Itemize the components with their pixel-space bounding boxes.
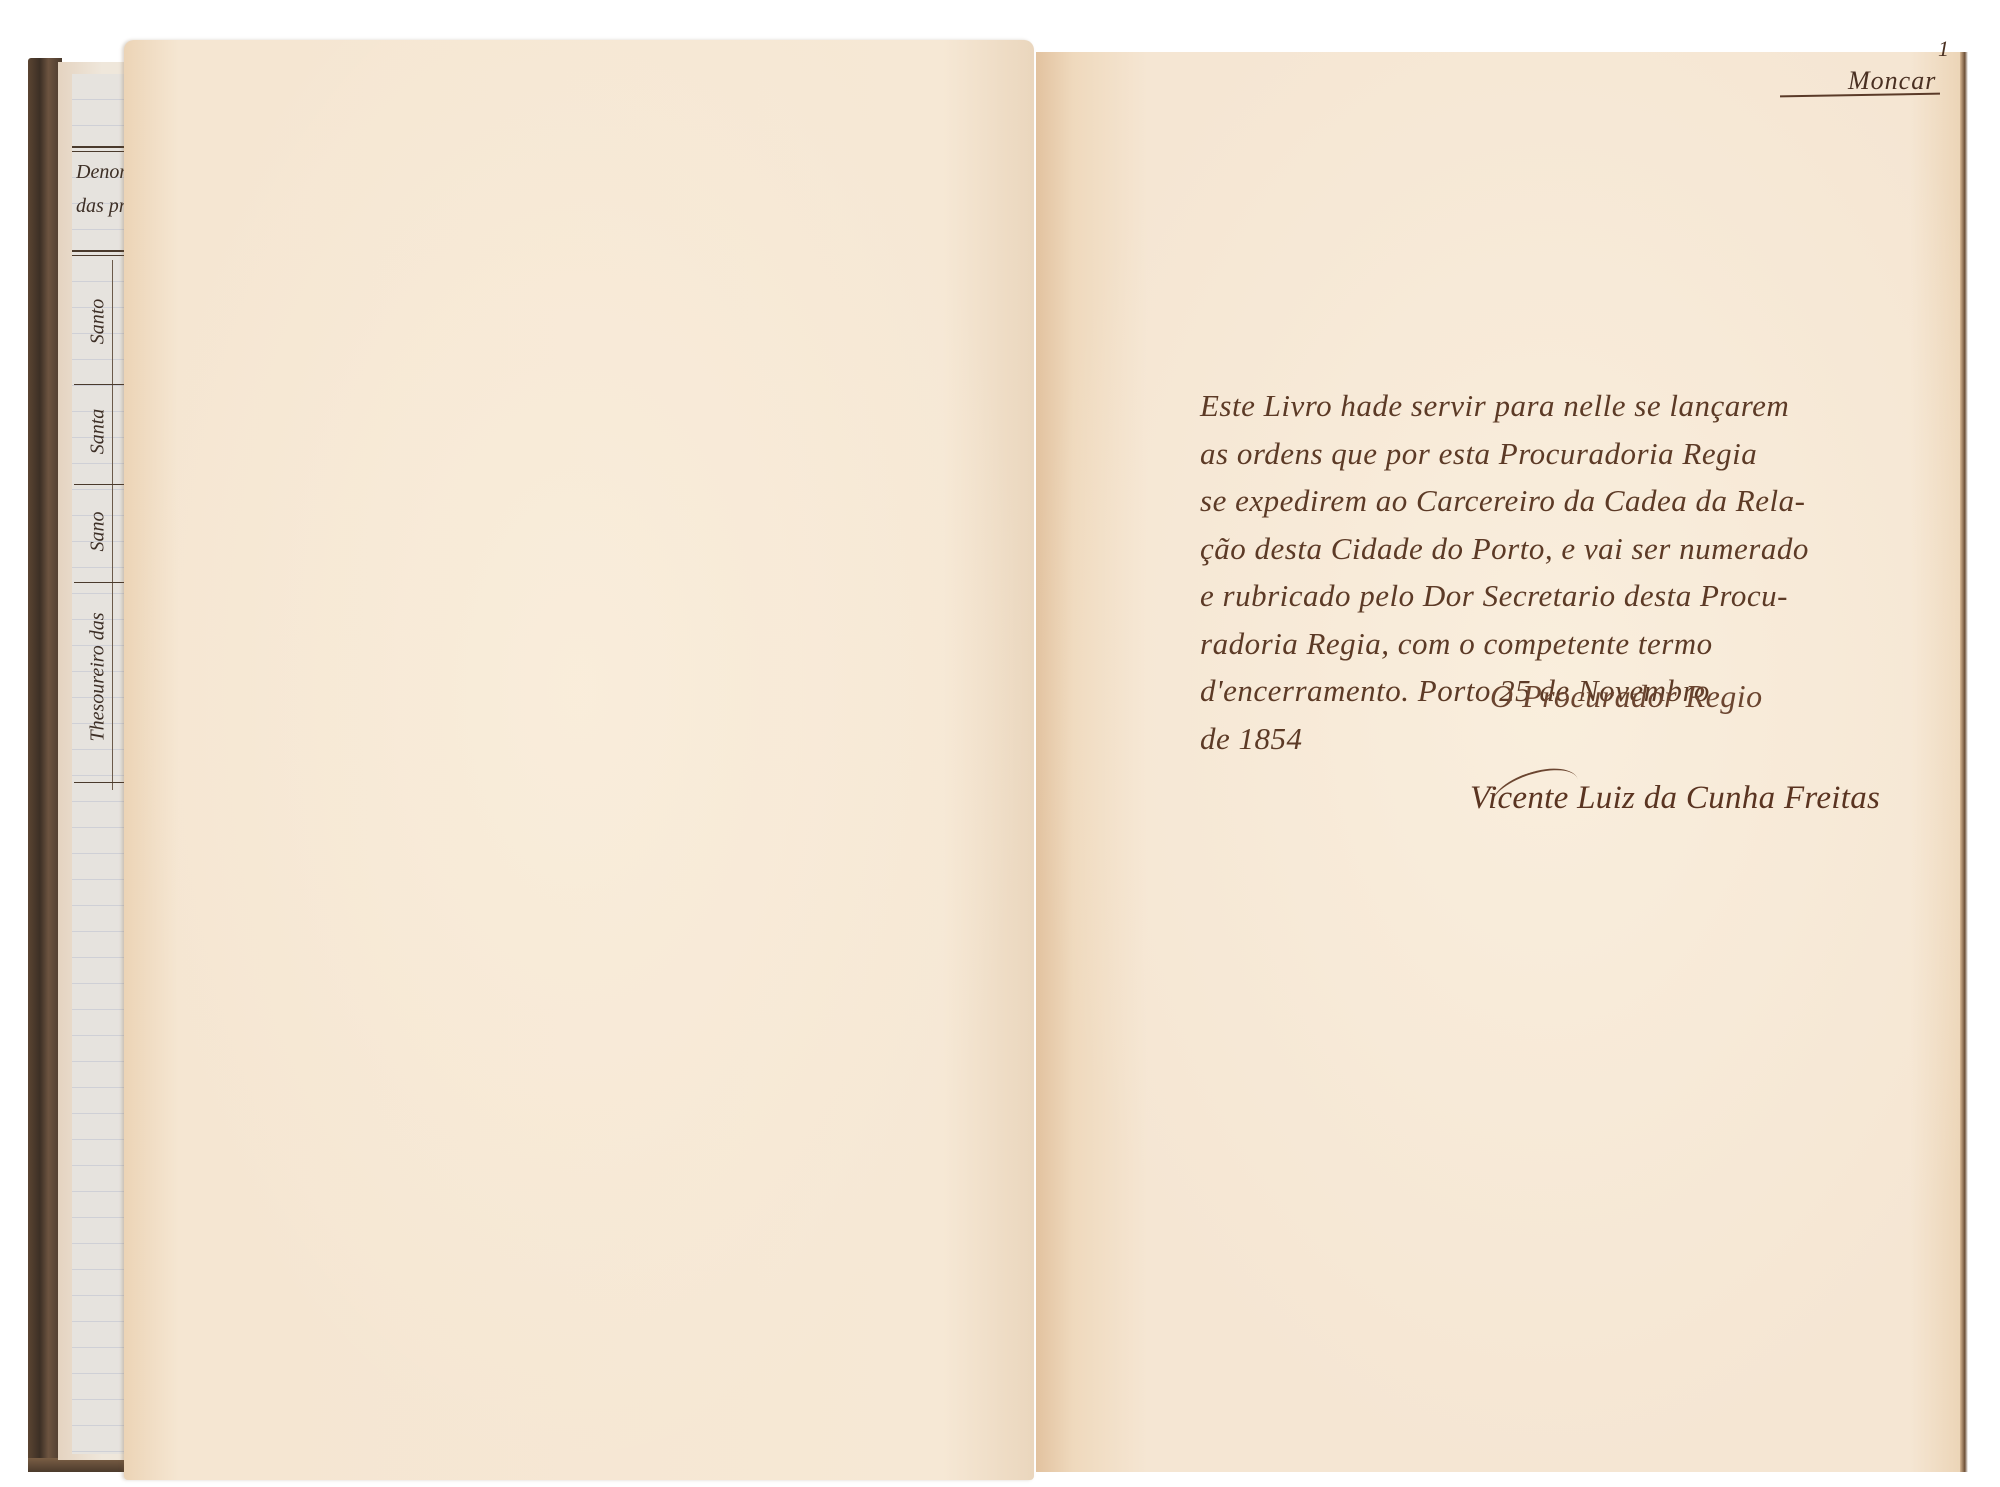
statement-line: Este Livro hade servir para nelle se lan… xyxy=(1200,382,1960,430)
right-page-edge xyxy=(1960,52,1968,1472)
statement-line: radoria Regia, com o competente termo xyxy=(1200,620,1960,668)
left-page-blank xyxy=(124,40,1034,1480)
statement-line: as ordens que por esta Procuradoria Regi… xyxy=(1200,430,1960,478)
statement-line: ção desta Cidade do Porto, e vai ser num… xyxy=(1200,525,1960,573)
ledger-cell: Santa xyxy=(87,402,110,462)
ledger-cell: Thesoureiro das xyxy=(87,622,110,742)
signatory-title: O Procurador Regio xyxy=(1490,678,1763,715)
folio-signature: Moncar xyxy=(1848,66,1936,96)
right-page xyxy=(1036,52,1966,1472)
signatory-signature: Vicente Luiz da Cunha Freitas xyxy=(1470,780,1880,817)
statement-line: se expedirem ao Carcereiro da Cadea da R… xyxy=(1200,477,1960,525)
book-cover-spine xyxy=(28,58,62,1470)
ledger-cell: Santo xyxy=(87,292,110,352)
statement-line-date: de 1854 xyxy=(1200,715,1960,763)
folio-number: 1 xyxy=(1938,36,1949,62)
ledger-column-line xyxy=(112,260,113,790)
statement-line: e rubricado pelo Dor Secretario desta Pr… xyxy=(1200,572,1960,620)
ledger-cell: Sano xyxy=(87,502,110,562)
